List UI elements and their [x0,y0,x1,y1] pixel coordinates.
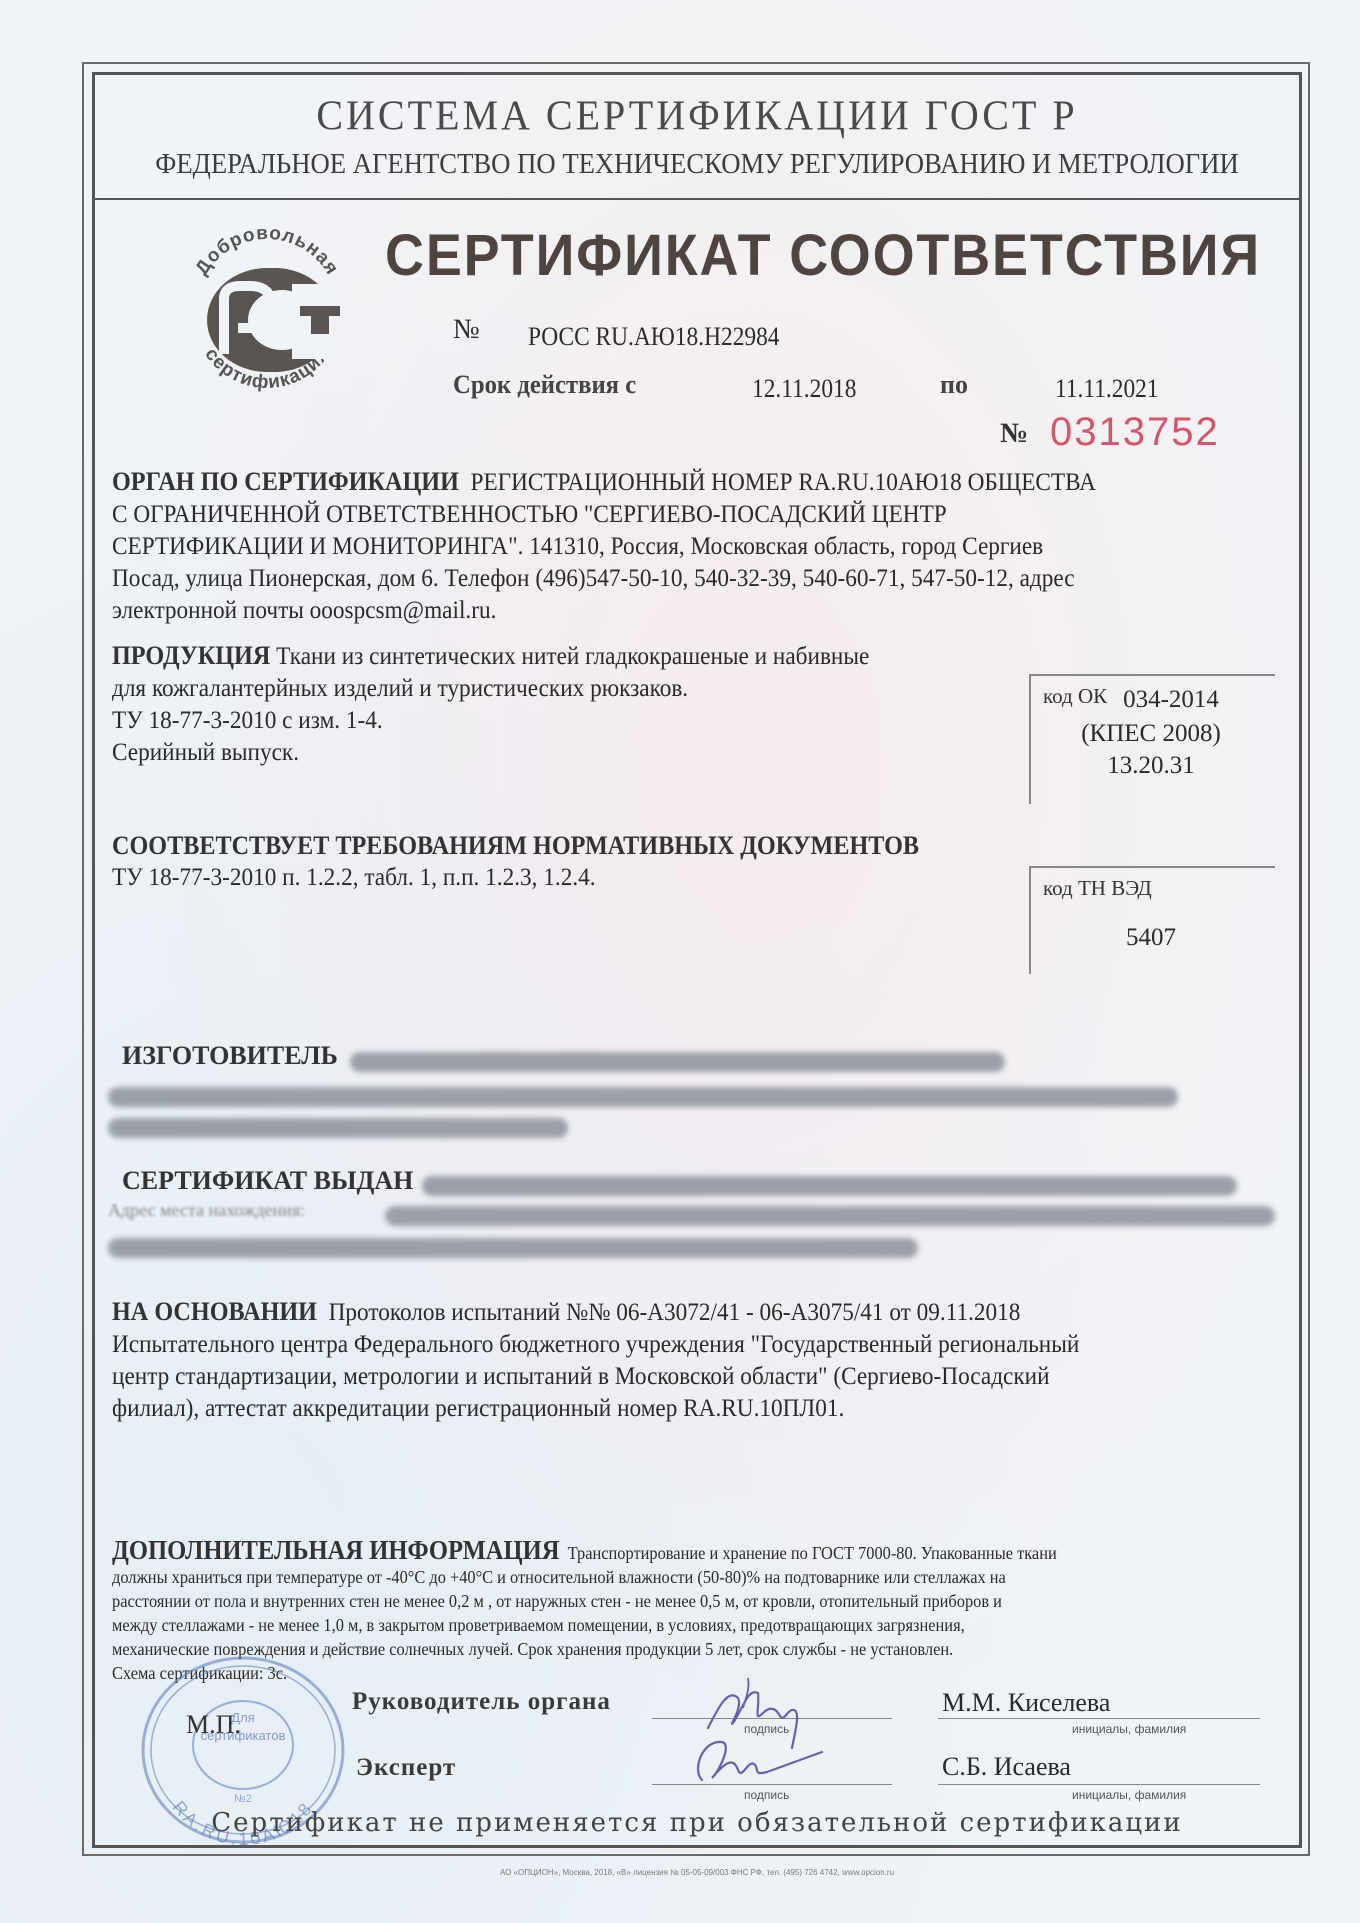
code-tn-ved-box: код ТН ВЭД 5407 [1029,866,1275,974]
code-ok-line-1: 034-2014 [1071,686,1271,714]
head-name-line [938,1718,1260,1719]
valid-to: 11.11.2021 [1055,374,1159,404]
head-of-body-role: Руководитель органа [352,1688,611,1716]
stamp-place-label: М.П. [186,1710,241,1740]
certificate-page: СИСТЕМА СЕРТИФИКАЦИИ ГОСТ Р ФЕДЕРАЛЬНОЕ … [0,0,1360,1923]
validity-label: Срок действия с [453,370,636,400]
stamp-number: №2 [234,1793,252,1805]
valid-to-label: по [940,370,968,400]
basis-heading: НА ОСНОВАНИИ [112,1297,317,1326]
agency-title: ФЕДЕРАЛЬНОЕ АГЕНТСТВО ПО ТЕХНИЧЕСКОМУ РЕ… [140,148,1253,181]
redacted-issued-line-1 [422,1176,1237,1196]
redacted-manufacturer-line-1 [350,1052,1005,1072]
redacted-issued-line-2 [385,1206,1275,1226]
head-name: М.М. Киселева [942,1688,1110,1718]
code-ok-box: код ОК 034-2014 (КПЕС 2008) 13.20.31 [1029,674,1275,804]
valid-from: 12.11.2018 [752,374,856,404]
redacted-manufacturer-line-2 [108,1087,1178,1107]
expert-name-caption: инициалы, фамилия [1072,1788,1186,1802]
manufacturer-heading: ИЗГОТОВИТЕЛЬ [122,1041,338,1070]
conformity-section: СООТВЕТСТВУЕТ ТРЕБОВАНИЯМ НОРМАТИВНЫХ ДО… [112,830,1012,894]
manufacturer-section: ИЗГОТОВИТЕЛЬ [122,1040,338,1073]
redacted-manufacturer-line-3 [108,1118,568,1138]
code-tn-ved-value: 5407 [1031,924,1271,952]
cert-number: РОСС RU.АЮ18.Н22984 [528,322,780,352]
header-divider [95,198,1299,200]
rst-logo-icon: Добровольная сертификация [172,214,362,404]
additional-info-heading: ДОПОЛНИТЕЛЬНАЯ ИНФОРМАЦИЯ [112,1535,559,1565]
product-line-4: Серийный выпуск. [112,737,949,769]
document-title: СЕРТИФИКАТ СООТВЕТСТВИЯ [385,222,1261,289]
basis-line-2: Испытательного центра Федерального бюдже… [112,1329,1209,1361]
expert-name: С.Б. Исаева [942,1752,1071,1782]
head-name-caption: инициалы, фамилия [1072,1722,1186,1736]
form-number: 0313752 [1050,410,1220,455]
certification-body-line-3: СЕРТИФИКАЦИИ И МОНИТОРИНГА". 141310, Рос… [112,531,1200,563]
code-ok-line-2: (КПЕС 2008) [1031,720,1271,748]
additional-info-line-2: должны храниться при температуре от -40°… [112,1565,1195,1589]
product-line-1: ПРОДУКЦИЯ Ткани из синтетических нитей г… [112,640,949,673]
cert-number-label: № [453,314,480,346]
expert-role: Эксперт [356,1754,456,1782]
additional-info-line-3: расстоянии от пола и внутренних стен не … [112,1589,1195,1613]
conformity-text: ТУ 18-77-3-2010 п. 1.2.2, табл. 1, п.п. … [112,862,949,894]
certification-body-section: ОРГАН ПО СЕРТИФИКАЦИИ РЕГИСТРАЦИОННЫЙ НО… [112,466,1282,627]
basis-line-3: центр стандартизации, метрологии и испыт… [112,1361,1209,1393]
certification-body-line-1: ОРГАН ПО СЕРТИФИКАЦИИ РЕГИСТРАЦИОННЫЙ НО… [112,466,1200,499]
code-tn-ved-label: код ТН ВЭД [1043,876,1152,901]
additional-info-line-1: ДОПОЛНИТЕЛЬНАЯ ИНФОРМАЦИЯ Транспортирова… [112,1538,1195,1565]
footer-note: Сертификат не применяется при обязательн… [92,1808,1302,1838]
basis-line-1: НА ОСНОВАНИИ Протоколов испытаний №№ 06-… [112,1296,1209,1329]
issued-to-section: СЕРТИФИКАТ ВЫДАН [122,1165,413,1198]
basis-line-4: филиал), аттестат аккредитации регистрац… [112,1393,1209,1425]
printer-imprint: АО «ОПЦИОН», Москва, 2018, «В» лицензия … [92,1868,1302,1877]
product-line-2: для кожгалантерйных изделий и туристичес… [112,673,949,705]
system-title: СИСТЕМА СЕРТИФИКАЦИИ ГОСТ Р [92,91,1302,140]
form-number-label: № [1000,418,1028,450]
product-line-3: ТУ 18-77-3-2010 с изм. 1-4. [112,705,949,737]
certification-body-heading: ОРГАН ПО СЕРТИФИКАЦИИ [112,467,459,496]
expert-signature-icon [672,1730,832,1790]
redacted-issued-line-3 [108,1238,918,1258]
basis-section: НА ОСНОВАНИИ Протоколов испытаний №№ 06-… [112,1296,1292,1425]
issued-to-heading: СЕРТИФИКАТ ВЫДАН [122,1166,413,1195]
issued-to-address-label: Адрес места нахождения: [108,1200,305,1221]
certification-body-line-5: электронной почты ooospcsm@mail.ru. [112,595,1200,627]
code-ok-line-3: 13.20.31 [1031,752,1271,780]
expert-name-line [938,1784,1260,1785]
product-section: ПРОДУКЦИЯ Ткани из синтетических нитей г… [112,640,1012,769]
additional-info-line-4: между стеллажами - не менее 1,0 м, в зак… [112,1613,1195,1637]
certification-body-line-4: Посад, улица Пионерская, дом 6. Телефон … [112,563,1200,595]
expert-signature-caption: подпись [744,1788,789,1802]
certification-body-line-2: С ОГРАНИЧЕННОЙ ОТВЕТСТВЕННОСТЬЮ "СЕРГИЕВ… [112,499,1200,531]
conformity-heading: СООТВЕТСТВУЕТ ТРЕБОВАНИЯМ НОРМАТИВНЫХ ДО… [112,830,949,862]
product-heading: ПРОДУКЦИЯ [112,641,270,670]
